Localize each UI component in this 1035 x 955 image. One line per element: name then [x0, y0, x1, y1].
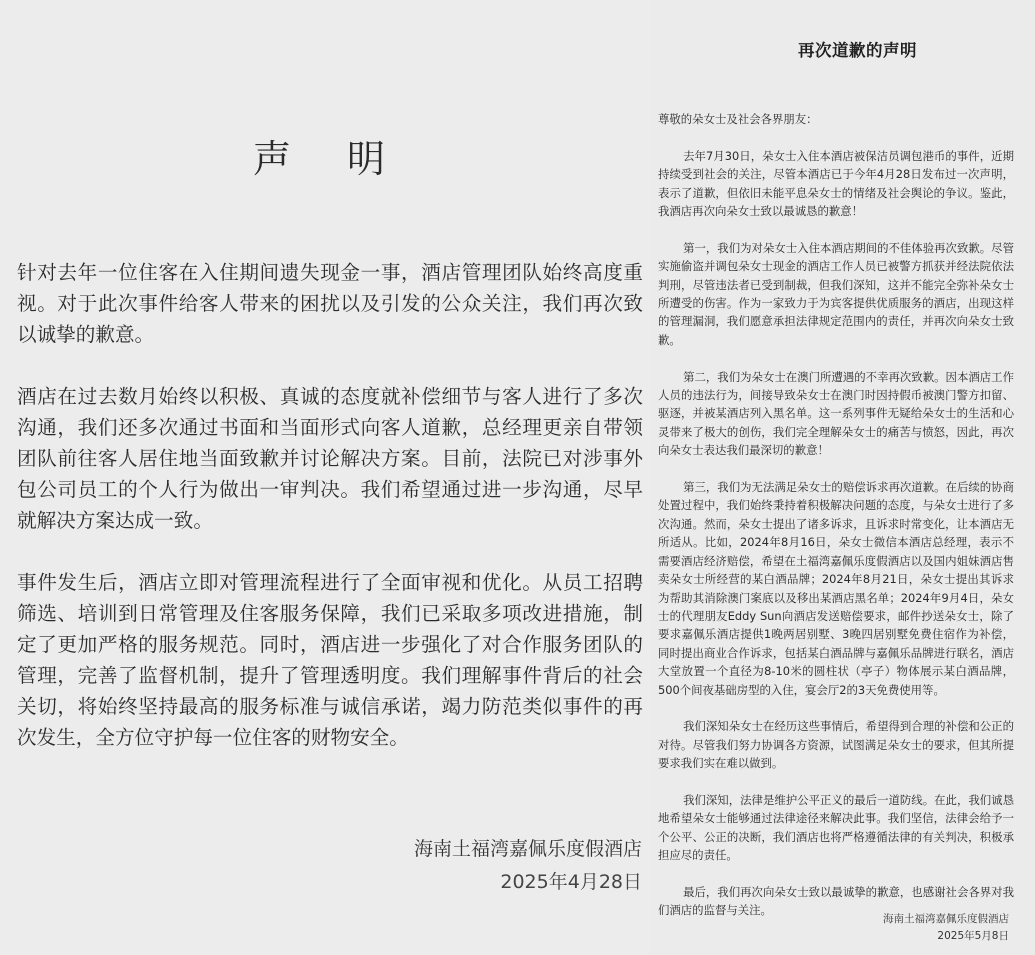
left-paragraph: 针对去年一位住客在入住期间遗失现金一事，酒店管理团队始终高度重视。对于此次事件给… — [17, 257, 643, 350]
right-statement-panel: 再次道歉的声明 尊敬的朵女士及社会各界朋友： 去年7月30日，朵女士入住本酒店被… — [650, 0, 1035, 955]
right-paragraph: 第三，我们为无法满足朵女士的赔偿诉求再次道歉。在后续的协商处置过程中，我们始终秉… — [658, 478, 1014, 699]
right-signature-block: 海南土福湾嘉佩乐度假酒店 2025年5月8日 — [883, 911, 1009, 945]
left-statement-body: 针对去年一位住客在入住期间遗失现金一事，酒店管理团队始终高度重视。对于此次事件给… — [17, 257, 643, 784]
right-signature: 海南土福湾嘉佩乐度假酒店 — [883, 911, 1009, 928]
right-paragraph: 去年7月30日，朵女士入住本酒店被保洁员调包港币的事件，近期持续受到社会的关注，… — [658, 147, 1014, 221]
left-date: 2025年4月28日 — [414, 866, 642, 899]
right-paragraph: 我们深知朵女士在经历这些事情后，希望得到合理的补偿和公正的对待。尽管我们努力协调… — [658, 717, 1014, 772]
left-statement-panel: 声 明 针对去年一位住客在入住期间遗失现金一事，酒店管理团队始终高度重视。对于此… — [0, 0, 650, 955]
left-statement-title: 声 明 — [0, 128, 650, 183]
left-paragraph: 酒店在过去数月始终以积极、真诚的态度就补偿细节与客人进行了多次沟通，我们还多次通… — [17, 381, 643, 536]
left-signature-block: 海南土福湾嘉佩乐度假酒店 2025年4月28日 — [414, 833, 642, 899]
right-statement-title: 再次道歉的声明 — [650, 37, 1035, 61]
right-paragraph: 我们深知，法律是维护公平正义的最后一道防线。在此，我们诚恳地希望朵女士能够通过法… — [658, 791, 1014, 865]
left-signature: 海南土福湾嘉佩乐度假酒店 — [414, 833, 642, 866]
right-salutation: 尊敬的朵女士及社会各界朋友： — [658, 110, 1014, 128]
right-statement-body: 尊敬的朵女士及社会各界朋友： 去年7月30日，朵女士入住本酒店被保洁员调包港币的… — [658, 110, 1014, 938]
right-paragraph: 第一，我们为对朵女士入住本酒店期间的不佳体验再次致歉。尽管实施偷盗并调包朵女士现… — [658, 239, 1014, 349]
right-paragraph: 第二，我们为朵女士在澳门所遭遇的不幸再次致歉。因本酒店工作人员的违法行为，间接导… — [658, 368, 1014, 460]
left-paragraph: 事件发生后，酒店立即对管理流程进行了全面审视和优化。从员工招聘筛选、培训到日常管… — [17, 567, 643, 753]
right-date: 2025年5月8日 — [883, 928, 1009, 945]
